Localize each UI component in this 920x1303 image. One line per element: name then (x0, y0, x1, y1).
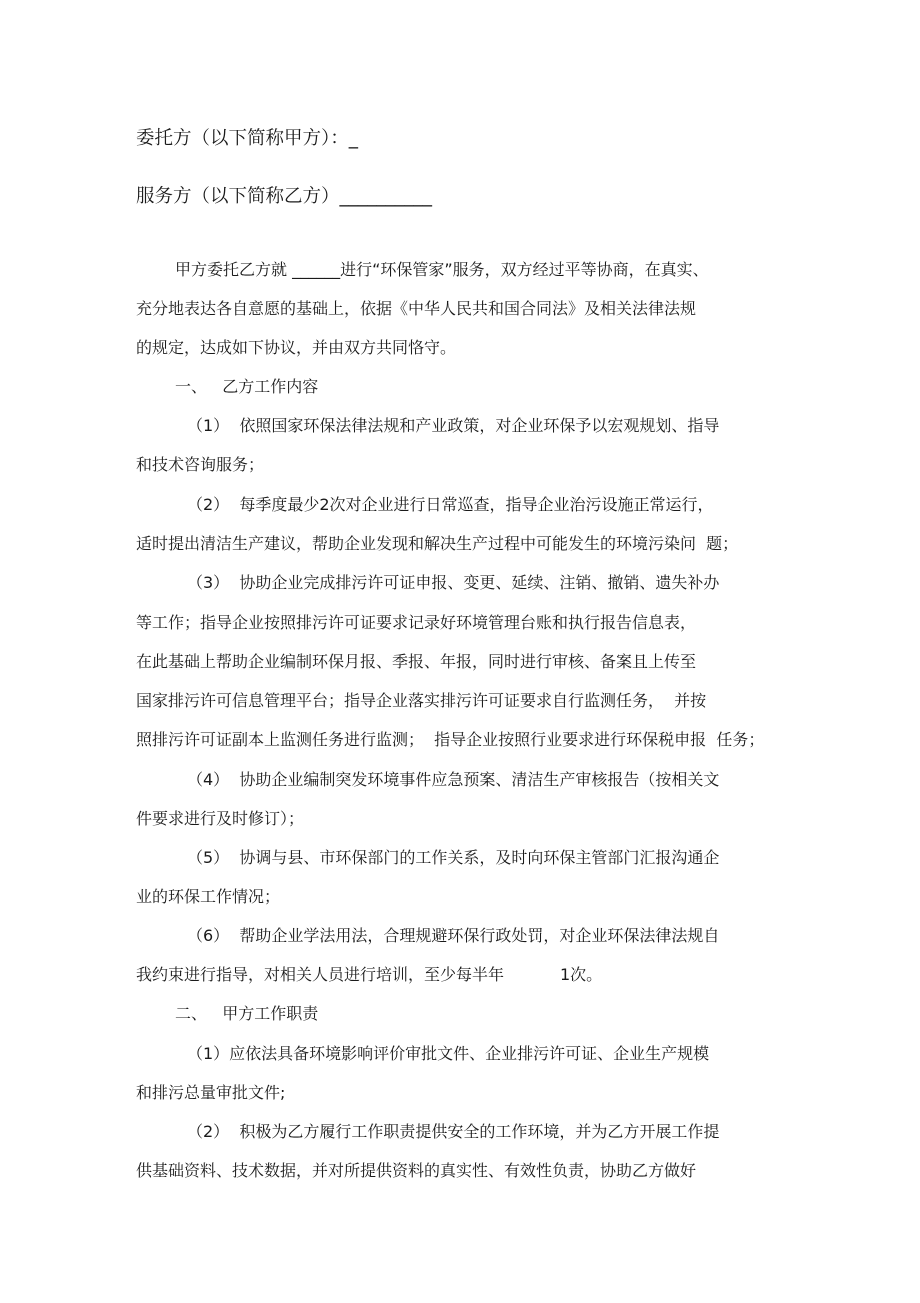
clause-line: （6） 帮助企业学法用法，合理规避环保行政处罚，对企业环保法律法规自 (187, 926, 719, 946)
clause-line: （5） 协调与县、市环保部门的工作关系，及时向环保主管部门汇报沟通企 (187, 848, 719, 868)
clause-line: 业的环保工作情况； (136, 887, 280, 907)
clause-line: 照排污许可证副本上监测任务进行监测； 指导企业按照行业要求进行环保税申报 任务； (136, 730, 764, 750)
clause-line: 等工作；指导企业按照排污许可证要求记录好环境管理台账和执行报告信息表， (136, 613, 696, 633)
clause-line: 件要求进行及时修订）； (136, 809, 304, 829)
intro-line: 充分地表达各自意愿的基础上，依据《中华人民共和国合同法》及相关法律法规 (136, 299, 696, 319)
clause-line: 在此基础上帮助企业编制环保月报、季报、年报，同时进行审核、备案且上传至 (136, 652, 696, 672)
clause-line: （4） 协助企业编制突发环境事件应急预案、清洁生产审核报告（按相关文 (187, 770, 719, 790)
provider-party-line: 服务方（以下简称乙方）__________ (136, 185, 432, 209)
clause-line: （2） 积极为乙方履行工作职责提供安全的工作环境，并为乙方开展工作提 (187, 1122, 719, 1142)
client-party-line: 委托方（以下简称甲方）：_ (136, 127, 358, 151)
intro-line: 甲方委托乙方就 ______进行“环保管家”服务，双方经过平等协商，在真实、 (175, 260, 709, 280)
clause-line: 和技术咨询服务； (136, 455, 264, 475)
clause-line: （2） 每季度最少2次对企业进行日常巡查，指导企业治污设施正常运行， (187, 495, 714, 515)
clause-line: （1） 依照国家环保法律法规和产业政策，对企业环保予以宏观规划、指导 (187, 416, 719, 436)
section-heading: 二、 甲方工作职责 (175, 1004, 318, 1024)
section-heading: 一、 乙方工作内容 (175, 377, 318, 397)
clause-line: 供基础资料、技术数据，并对所提供资料的真实性、有效性负责，协助乙方做好 (136, 1161, 696, 1181)
intro-line: 的规定，达成如下协议，并由双方共同恪守。 (136, 338, 456, 358)
clause-line: 我约束进行指导，对相关人员进行培训，至少每半年 1次。 (136, 965, 602, 985)
clause-line: 和排污总量审批文件; (136, 1083, 285, 1103)
clause-line: 国家排污许可信息管理平台；指导企业落实排污许可证要求自行监测任务， 并按 (136, 691, 706, 711)
clause-line: （1）应依法具备环境影响评价审批文件、企业排污许可证、企业生产规模 (187, 1044, 709, 1064)
clause-line: 适时提出清洁生产建议，帮助企业发现和解决生产过程中可能发生的环境污染问 题； (136, 534, 738, 554)
clause-line: （3） 协助企业完成排污许可证申报、变更、延续、注销、撤销、遗失补办 (187, 573, 719, 593)
